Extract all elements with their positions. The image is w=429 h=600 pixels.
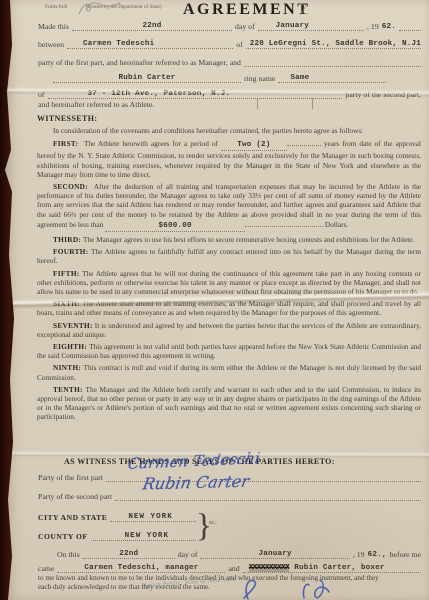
clause-third-text: The Manager agrees to use his best effor… [83, 235, 414, 244]
month-value: January [276, 22, 309, 30]
athlete-ref-row: and hereinafter referred to as Athlete. [38, 100, 421, 109]
athlete-signature: Rubin Carter [141, 472, 251, 494]
clause-eighth-label: EIGHTH: [53, 342, 87, 351]
ring-name-label: ring name [244, 74, 275, 83]
clause-tenth-label: TENTH: [53, 385, 83, 394]
clause-second: SECOND: After the deduction of all train… [37, 182, 421, 232]
clause-sixth-text: The Athlete shall attend to all training… [37, 299, 421, 317]
ring-name-value: Same [290, 74, 309, 82]
ring-name-blank: Same [278, 73, 386, 83]
came-name2-value: Rubin Carter, boxer [294, 564, 384, 572]
notary-month-blank: January [200, 549, 349, 559]
clause-first-label: FIRST: [53, 139, 78, 148]
clause-seventh-text: It is understood and agreed by and betwe… [37, 321, 421, 339]
venue-brace: } [196, 504, 212, 548]
came-row: came Carmen Tedeschi, manager and XXXXXX… [38, 563, 421, 573]
between-label: between [38, 40, 64, 49]
between-row: between Carmen Tedeschi of 220 LeGregni … [38, 39, 421, 49]
city-state-value: NEW YORK [128, 513, 172, 521]
clause-third: THIRD: The Manager agrees to use his bes… [37, 235, 421, 244]
clause-fourth-label: FOURTH: [53, 247, 89, 256]
clause-fourth-text: The Athlete agrees to faithfully fulfill… [37, 247, 421, 265]
of-label: of [236, 40, 243, 49]
first-part-label: party of the first part, and hereinafter… [38, 58, 241, 67]
notary-year-prefix: , 19 [353, 550, 365, 559]
athlete-name-blank: Rubin Carter [53, 73, 241, 83]
clause-tenth: TENTH: The Manager and the Athlete both … [37, 385, 421, 422]
of2-label: of [38, 90, 45, 99]
clause-fifth-text: The Athlete agrees that he will not duri… [37, 269, 421, 296]
clause-first-pre: The Athlete herewith agrees for a period… [84, 139, 218, 148]
clause-fifth: FIFTH: The Athlete agrees that he will n… [37, 269, 421, 297]
city-state-label: CITY AND STATE [38, 513, 107, 522]
fold-tick-mark [312, 98, 313, 109]
athlete-name-row: Rubin Carter ring name Same [38, 73, 421, 83]
came-name1-blank: Carmen Tedeschi, manager [57, 563, 225, 573]
and-label: and [228, 564, 239, 573]
clause-sixth-label: SIXTH: [53, 299, 80, 308]
manager-name-value: Carmen Tedeschi [83, 40, 154, 48]
photograph-background: Form 618 (Printed by the Department of S… [0, 0, 429, 600]
clause-second-label: SECOND: [53, 182, 88, 191]
notary-day-value: 22nd [119, 550, 138, 558]
before-me-label: before me [390, 550, 421, 559]
document-title: AGREEMENT [183, 1, 310, 19]
first-part-trailing-line [244, 57, 421, 67]
clause-tenth-text: The Manager and the Athlete both certify… [37, 385, 421, 422]
day-value: 22nd [142, 22, 161, 30]
came-name2-blank: XXXXXXXXXXRubin Carter, boxer [243, 563, 421, 573]
athlete-address-row: of 37 - 12th Ave., Paterson, N.J. party … [38, 89, 421, 99]
clause-sixth: SIXTH: The Athlete shall attend to all t… [37, 299, 421, 317]
notary-year-value: 62., [368, 551, 387, 559]
athlete-address-blank: 37 - 12th Ave., Paterson, N.J. [48, 89, 343, 99]
party2-row: Party of the second part [38, 491, 421, 501]
county-value: NEW YORK [125, 532, 169, 540]
clause-second-post: Dollars. [325, 220, 348, 229]
clause-first-typed-value: Two (2) [221, 141, 287, 151]
manager-address-blank: 220 LeGregni St., Saddle Brook, N.J1 [246, 39, 421, 49]
on-this-row: On this 22nd day of January , 19 62., be… [38, 549, 421, 559]
clause-fourth: FOURTH: The Athlete agrees to faithfully… [37, 247, 421, 265]
struck-out-text: XXXXXXXXXX [249, 564, 290, 572]
pencil-scribble-mark [76, 0, 124, 18]
form-number: Form 618 [45, 4, 67, 10]
witnesseth-intro-text: In consideration of the covenants and co… [53, 126, 363, 135]
clause-eighth-text: This agreement is not valid until both p… [37, 342, 421, 360]
clause-ninth: NINTH: This contract is null and void if… [37, 363, 421, 381]
agreement-document-sheet: Form 618 (Printed by the Department of S… [0, 0, 429, 600]
clause-first: FIRST: The Athlete herewith agrees for a… [37, 138, 421, 179]
year-trailing-line [399, 21, 421, 31]
clause-eighth: EIGHTH: This agreement is not valid unti… [37, 342, 421, 360]
notary-day-of-label: day of [178, 550, 198, 559]
city-state-row: CITY AND STATE NEW YORK [38, 512, 196, 522]
clause-second-typed-value: $600.00 [105, 222, 245, 232]
notary-day-blank: 22nd [83, 549, 175, 559]
party1-label: Party of the first part [38, 473, 103, 482]
made-this-row: Made this 22nd day of January , 19 62. [38, 21, 421, 31]
clause-ninth-text: This contract is null and void if during… [37, 363, 421, 381]
witnesseth-intro: In consideration of the covenants and co… [37, 126, 421, 135]
month-blank: January [258, 21, 364, 31]
clause-ninth-label: NINTH: [53, 363, 81, 372]
clause-third-label: THIRD: [53, 235, 81, 244]
year-value: 62. [382, 23, 396, 31]
county-blank: NEW YORK [91, 531, 196, 541]
made-this-label: Made this [38, 22, 69, 31]
second-part-label: party of the second part, [345, 90, 421, 99]
county-row: COUNTY OF NEW YORK [38, 531, 196, 541]
athlete-address-value: 37 - 12th Ave., Paterson, N.J. [88, 90, 231, 98]
athlete-ref-label: and hereinafter referred to as Athlete. [38, 100, 154, 109]
came-name1-value: Carmen Tedeschi, manager [84, 564, 198, 572]
ss-label: ss.: [209, 520, 217, 526]
manager-address-value: 220 LeGregni St., Saddle Brook, N.J1 [250, 40, 421, 48]
clause-fifth-label: FIFTH: [53, 269, 80, 278]
city-state-blank: NEW YORK [110, 512, 196, 522]
partial-ink-signature [232, 576, 352, 600]
manager-signature: Carmen Tedeschi [127, 449, 262, 473]
witnesseth-heading: WITNESSETH: [37, 114, 421, 123]
on-this-label: On this [57, 550, 80, 559]
athlete-name-value: Rubin Carter [118, 74, 175, 82]
agreement-body: WITNESSETH: In consideration of the cove… [37, 114, 421, 425]
came-label: came [38, 564, 54, 573]
notary-month-value: January [259, 550, 292, 558]
manager-name-blank: Carmen Tedeschi [67, 39, 233, 49]
fold-tick-mark [257, 98, 258, 109]
clause-seventh-label: SEVENTH: [53, 321, 93, 330]
county-label: COUNTY OF [38, 532, 88, 541]
day-blank: 22nd [72, 21, 232, 31]
party2-label: Party of the second part [38, 492, 112, 501]
day-of-label: day of [235, 22, 255, 31]
year-prefix: , 19 [367, 22, 379, 31]
pencil-check-mark [294, 2, 310, 18]
first-part-row: party of the first part, and hereinafter… [38, 57, 421, 67]
clause-seventh: SEVENTH: It is understood and agreed by … [37, 321, 421, 339]
